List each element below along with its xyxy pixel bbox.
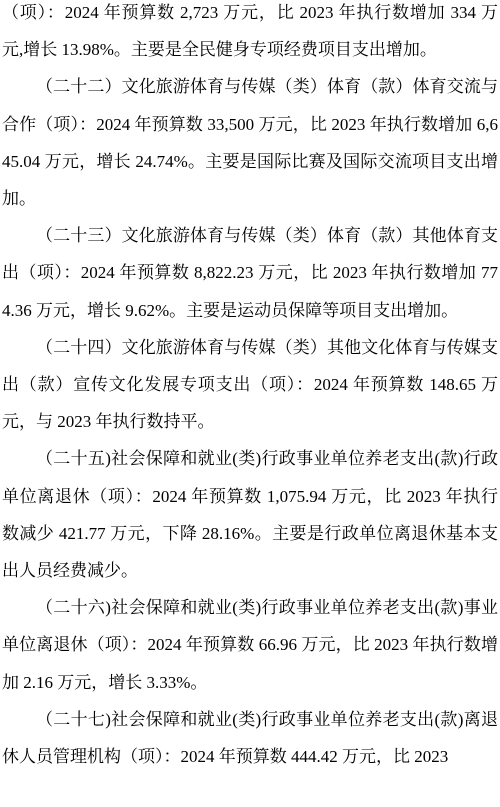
paragraph-item-26: （二十六)社会保障和就业(类)行政事业单位养老支出(款)事业单位离退休（项）：2…	[2, 589, 498, 701]
paragraph-item-25: （二十五)社会保障和就业(类)行政事业单位养老支出(款)行政单位离退休（项）：2…	[2, 440, 498, 589]
paragraph-item-22: （二十二）文化旅游体育与传媒（类）体育（款）体育交流与合作（项）：2024 年预…	[2, 68, 498, 217]
paragraph-item-21-continuation: （项）：2024 年预算数 2,723 万元，比 2023 年执行数增加 334…	[2, 0, 498, 68]
paragraph-item-24: （二十四）文化旅游体育与传媒（类）其他文化体育与传媒支出（款）宣传文化发展专项支…	[2, 329, 498, 441]
paragraph-item-27-cutoff: （二十七)社会保障和就业(类)行政事业单位养老支出(款)离退休人员管理机构（项）…	[2, 701, 498, 775]
paragraph-item-23: （二十三）文化旅游体育与传媒（类）体育（款）其他体育支出（项）：2024 年预算…	[2, 217, 498, 329]
document-page: （项）：2024 年预算数 2,723 万元，比 2023 年执行数增加 334…	[0, 0, 500, 807]
